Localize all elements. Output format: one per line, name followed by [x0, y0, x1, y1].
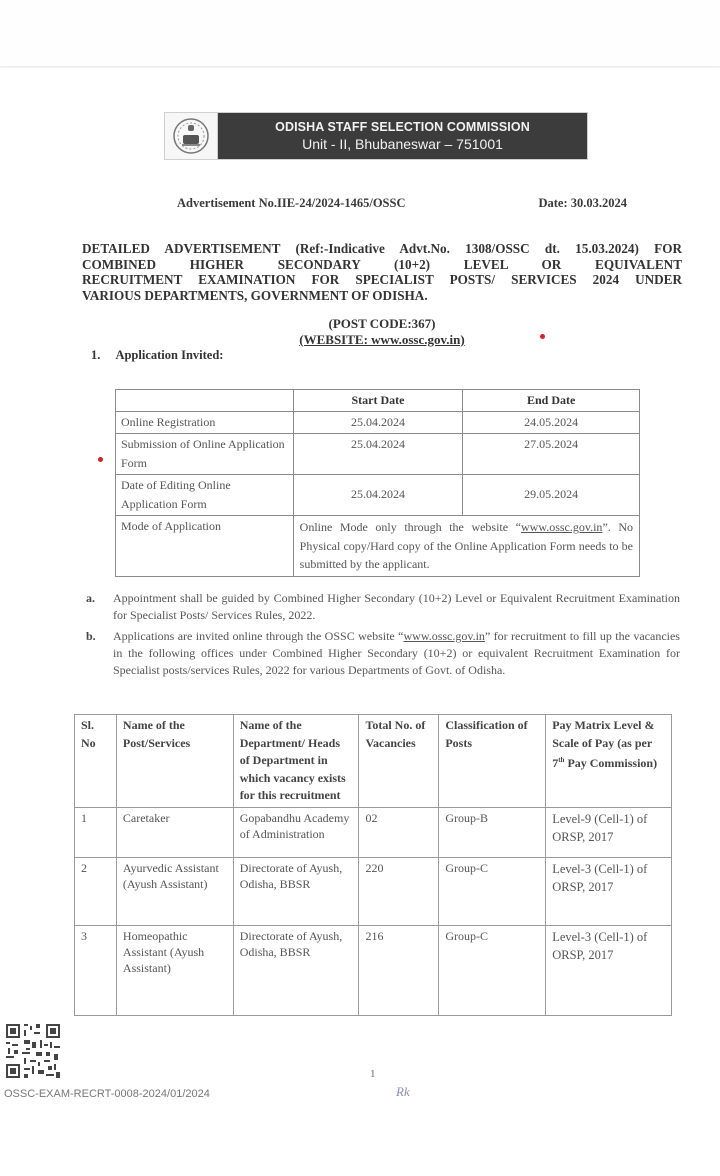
note-text-part: Applications are invited online through … — [113, 629, 403, 643]
header-department: Name of the Department/ Heads of Departm… — [233, 715, 359, 808]
cell-sl: 2 — [75, 857, 117, 925]
cell-class: Group-B — [439, 807, 546, 857]
cell-vacancies: 216 — [359, 925, 439, 1015]
cell-post: Caretaker — [116, 807, 233, 857]
odisha-state-emblem-icon — [165, 113, 218, 159]
start-date: 25.04.2024 — [293, 434, 463, 475]
page-number: 1 — [370, 1068, 376, 1080]
header-pay-matrix: Pay Matrix Level & Scale of Pay (as per … — [546, 715, 672, 808]
cell-pay: Level-3 (Cell-1) of ORSP, 2017 — [546, 925, 672, 1015]
table-row: 1 Caretaker Gopabandhu Academy of Admini… — [75, 807, 672, 857]
cell-sl: 1 — [75, 807, 117, 857]
section-application-invited: 1. Application Invited: — [91, 348, 223, 363]
header-cell: End Date — [463, 390, 640, 412]
end-date: 27.05.2024 — [463, 434, 640, 475]
note-label: a. — [86, 590, 113, 624]
header-banner: ODISHA STAFF SELECTION COMMISSION Unit -… — [164, 112, 588, 160]
table-header-row: Start Date End Date — [116, 390, 640, 412]
cell-sl: 3 — [75, 925, 117, 1015]
header-vacancies: Total No. of Vacancies — [359, 715, 439, 808]
website-link[interactable]: www.ossc.gov.in — [403, 629, 484, 643]
banner-title: ODISHA STAFF SELECTION COMMISSION Unit -… — [218, 113, 587, 159]
mode-of-application: Online Mode only through the website “ww… — [293, 516, 639, 577]
end-date: 29.05.2024 — [463, 475, 640, 516]
cell-dept: Directorate of Ayush, Odisha, BBSR — [233, 925, 359, 1015]
cell-dept: Directorate of Ayush, Odisha, BBSR — [233, 857, 359, 925]
cell-pay: Level-9 (Cell-1) of ORSP, 2017 — [546, 807, 672, 857]
table-header-row: Sl. No Name of the Post/Services Name of… — [75, 715, 672, 808]
table-row: Date of Editing Online Application Form … — [116, 475, 640, 516]
mode-text: Online Mode only through the website “ — [300, 520, 521, 534]
advertisement-date: Date: 30.03.2024 — [538, 196, 627, 211]
table-row: Submission of Online Application Form 25… — [116, 434, 640, 475]
header-cell: Start Date — [293, 390, 463, 412]
row-label: Date of Editing Online Application Form — [116, 475, 294, 516]
document-code: OSSC-EXAM-RECRT-0008-2024/01/2024 — [4, 1088, 210, 1100]
table-row: 3 Homeopathic Assistant (Ayush Assistant… — [75, 925, 672, 1015]
header-cell — [116, 390, 294, 412]
row-label: Submission of Online Application Form — [116, 434, 294, 475]
table-row: 2 Ayurvedic Assistant (Ayush Assistant) … — [75, 857, 672, 925]
table-row: Mode of Application Online Mode only thr… — [116, 516, 640, 577]
cell-pay: Level-3 (Cell-1) of ORSP, 2017 — [546, 857, 672, 925]
heading-line-2: COMBINED HIGHER SECONDARY (10+2) LEVEL O… — [82, 257, 682, 273]
cell-vacancies: 220 — [359, 857, 439, 925]
vacancy-table: Sl. No Name of the Post/Services Name of… — [74, 714, 672, 1016]
advertisement-number: Advertisement No.IIE-24/2024-1465/OSSC — [177, 196, 405, 211]
cell-class: Group-C — [439, 925, 546, 1015]
annotation-dot — [540, 334, 545, 339]
signature: Rk — [396, 1084, 410, 1100]
header-sl-no: Sl. No — [75, 715, 117, 808]
header-classification: Classification of Posts — [439, 715, 546, 808]
section-number: 1. — [91, 348, 113, 363]
section-title: Application Invited: — [115, 348, 223, 362]
note-item: b. Applications are invited online throu… — [86, 628, 680, 679]
note-text: Appointment shall be guided by Combined … — [113, 590, 680, 624]
post-code: (POST CODE:367) — [82, 316, 682, 332]
document-heading: DETAILED ADVERTISEMENT (Ref:-Indicative … — [82, 241, 682, 303]
cell-post: Homeopathic Assistant (Ayush Assistant) — [116, 925, 233, 1015]
row-label: Online Registration — [116, 412, 294, 434]
start-date: 25.04.2024 — [293, 412, 463, 434]
application-dates-table: Start Date End Date Online Registration … — [115, 389, 640, 577]
note-item: a. Appointment shall be guided by Combin… — [86, 590, 680, 624]
heading-line-4: VARIOUS DEPARTMENTS, GOVERNMENT OF ODISH… — [82, 288, 682, 304]
website-link[interactable]: (WEBSITE: www.ossc.gov.in) — [82, 332, 682, 348]
org-name: ODISHA STAFF SELECTION COMMISSION — [218, 120, 587, 134]
cell-class: Group-C — [439, 857, 546, 925]
heading-line-1: DETAILED ADVERTISEMENT (Ref:-Indicative … — [82, 241, 682, 257]
cell-post: Ayurvedic Assistant (Ayush Assistant) — [116, 857, 233, 925]
note-label: b. — [86, 628, 113, 679]
annotation-dot — [98, 457, 103, 462]
start-date: 25.04.2024 — [293, 475, 463, 516]
heading-line-3: RECRUITMENT EXAMINATION FOR SPECIALIST P… — [82, 272, 682, 288]
header-post-name: Name of the Post/Services — [116, 715, 233, 808]
end-date: 24.05.2024 — [463, 412, 640, 434]
table-row: Online Registration 25.04.2024 24.05.202… — [116, 412, 640, 434]
advertisement-line: Advertisement No.IIE-24/2024-1465/OSSC D… — [177, 196, 627, 211]
website-link[interactable]: www.ossc.gov.in — [521, 520, 602, 534]
cell-vacancies: 02 — [359, 807, 439, 857]
row-label: Mode of Application — [116, 516, 294, 577]
note-text: Applications are invited online through … — [113, 628, 680, 679]
notes-list: a. Appointment shall be guided by Combin… — [86, 590, 680, 683]
top-margin-band — [0, 0, 720, 67]
qr-code-icon — [4, 1022, 62, 1080]
cell-dept: Gopabandhu Academy of Administration — [233, 807, 359, 857]
org-address: Unit - II, Bhubaneswar – 751001 — [218, 136, 587, 152]
